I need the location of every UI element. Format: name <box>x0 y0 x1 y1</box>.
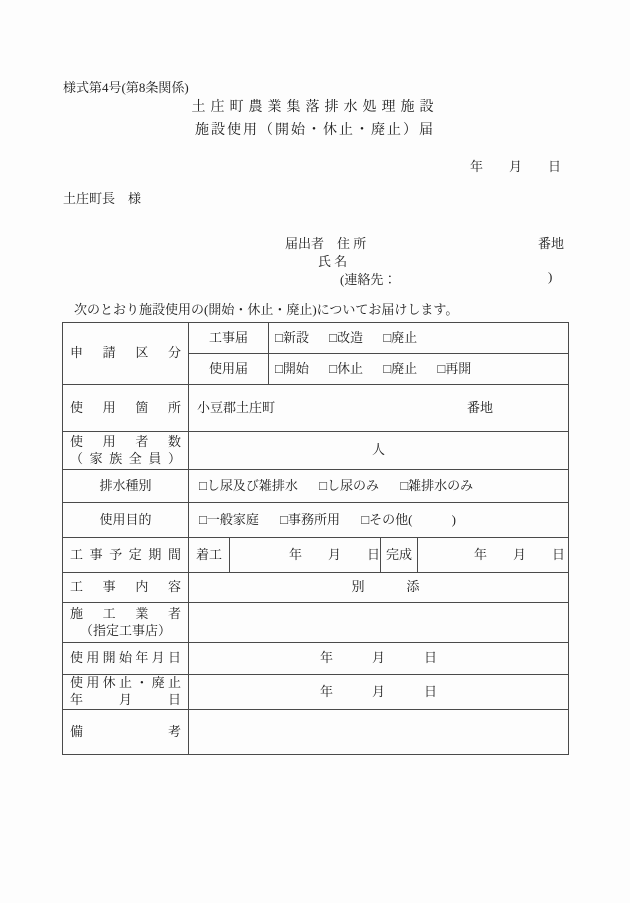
row-usage-stop-date: 使 用 休 止 ・ 廃 止 年 月 日 年 月 日 <box>63 675 569 710</box>
checkbox-abolish-usage: □廃止 <box>383 361 417 376</box>
form-number: 様式第4号(第8条関係) <box>63 77 189 96</box>
period-end-date-blanks: 年 月 日 <box>418 538 569 573</box>
notifier-address-line: 届出者住 所 <box>285 233 366 252</box>
usage-start-date-blanks: 年 月 日 <box>189 643 569 675</box>
construction-content-cell: 別 添 <box>189 573 569 603</box>
row-drainage-type: 排水種別 □し尿及び雑排水 □し尿のみ □雑排水のみ <box>63 470 569 503</box>
users-count-unit: 人 <box>189 432 569 470</box>
remarks-value-cell <box>189 710 569 755</box>
usage-place-banchi: 番地 <box>467 400 493 416</box>
label-remarks: 備 考 <box>63 710 189 755</box>
row-application-construction: 申 請 区 分 工事届 □新設 □改造 □廃止 <box>63 323 569 354</box>
contact-close-paren: ) <box>548 269 552 285</box>
usage-stop-date-blanks: 年 月 日 <box>189 675 569 710</box>
checkbox-new-installation: □新設 <box>275 330 309 345</box>
label-users-count: 使 用 者 数 （ 家 族 全 員 ） <box>63 432 189 470</box>
intro-sentence: 次のとおり施設使用の(開始・休止・廃止)についてお届けします。 <box>74 299 458 318</box>
checkbox-start: □開始 <box>275 361 309 376</box>
row-construction-content: 工 事 内 容 別 添 <box>63 573 569 603</box>
usage-place-cell: 小豆郡土庄町 番地 <box>189 385 569 432</box>
contractor-value-cell <box>189 603 569 643</box>
application-table: 申 請 区 分 工事届 □新設 □改造 □廃止 使用届 □開始 □休止 □廃止 … <box>62 322 569 755</box>
address-label: 住 所 <box>337 236 366 251</box>
row-contractor: 施 工 業 者 （指定工事店） <box>63 603 569 643</box>
checkbox-suspend: □休止 <box>329 361 363 376</box>
label-period-end: 完成 <box>381 538 418 573</box>
usage-options-cell: □開始 □休止 □廃止 □再開 <box>269 354 569 385</box>
construction-options-cell: □新設 □改造 □廃止 <box>269 323 569 354</box>
checkbox-resume: □再開 <box>437 361 471 376</box>
row-usage-place: 使 用 箇 所 小豆郡土庄町 番地 <box>63 385 569 432</box>
addressee-mayor: 土庄町長 様 <box>63 188 141 207</box>
label-construction-report: 工事届 <box>189 323 269 354</box>
form-title-line1: 土庄町農業集落排水処理施設 <box>0 96 630 116</box>
label-users-count-line2: （ 家 族 全 員 ） <box>70 451 181 468</box>
content-betsu: 別 <box>351 579 364 595</box>
label-construction-content: 工 事 内 容 <box>63 573 189 603</box>
other-close-paren: ) <box>452 512 456 527</box>
label-usage-stop-line1: 使 用 休 止 ・ 廃 止 <box>70 675 181 692</box>
checkbox-other-open: □その他( <box>361 512 412 527</box>
usage-place-value: 小豆郡土庄町 <box>197 400 275 416</box>
label-usage-purpose: 使用目的 <box>63 503 189 538</box>
period-start-date-blanks: 年 月 日 <box>230 538 381 573</box>
label-usage-stop-line2: 年 月 日 <box>70 692 181 709</box>
label-usage-stop-date: 使 用 休 止 ・ 廃 止 年 月 日 <box>63 675 189 710</box>
checkbox-remodel: □改造 <box>329 330 363 345</box>
checkbox-office-use: □事務所用 <box>280 512 340 527</box>
label-application-category: 申 請 区 分 <box>63 323 189 385</box>
purpose-options-cell: □一般家庭 □事務所用 □その他( ) <box>189 503 569 538</box>
label-users-count-line1: 使 用 者 数 <box>70 434 181 451</box>
row-usage-purpose: 使用目的 □一般家庭 □事務所用 □その他( ) <box>63 503 569 538</box>
drainage-options-cell: □し尿及び雑排水 □し尿のみ □雑排水のみ <box>189 470 569 503</box>
row-construction-period: 工 事 予 定 期 間 着工 年 月 日 完成 年 月 日 <box>63 538 569 573</box>
label-construction-period: 工 事 予 定 期 間 <box>63 538 189 573</box>
row-users-count: 使 用 者 数 （ 家 族 全 員 ） 人 <box>63 432 569 470</box>
row-usage-start-date: 使 用 開 始 年 月 日 年 月 日 <box>63 643 569 675</box>
notifier-name-label: 氏 名 <box>318 251 347 270</box>
label-contractor: 施 工 業 者 （指定工事店） <box>63 603 189 643</box>
submission-date-blanks: 年 月 日 <box>470 156 561 175</box>
notifier-label: 届出者 <box>285 236 324 251</box>
label-usage-start-date: 使 用 開 始 年 月 日 <box>63 643 189 675</box>
label-contractor-line2: （指定工事店） <box>70 623 181 640</box>
form-page: 様式第4号(第8条関係) 土庄町農業集落排水処理施設 施設使用（開始・休止・廃止… <box>0 0 630 903</box>
checkbox-general-household: □一般家庭 <box>199 512 259 527</box>
label-usage-place: 使 用 箇 所 <box>63 385 189 432</box>
checkbox-greywater-only: □雑排水のみ <box>400 478 473 493</box>
contact-label: (連絡先： <box>340 269 396 288</box>
label-drainage-type: 排水種別 <box>63 470 189 503</box>
form-title-line2: 施設使用（開始・休止・廃止）届 <box>0 119 630 139</box>
checkbox-nightsoil-only: □し尿のみ <box>319 478 379 493</box>
checkbox-nightsoil-and-greywater: □し尿及び雑排水 <box>199 478 298 493</box>
checkbox-abolish-construction: □廃止 <box>383 330 417 345</box>
label-contractor-line1: 施 工 業 者 <box>70 606 181 623</box>
address-banchi-suffix: 番地 <box>538 233 564 252</box>
row-remarks: 備 考 <box>63 710 569 755</box>
label-usage-report: 使用届 <box>189 354 269 385</box>
content-ten: 添 <box>407 579 420 595</box>
label-period-start: 着工 <box>189 538 230 573</box>
